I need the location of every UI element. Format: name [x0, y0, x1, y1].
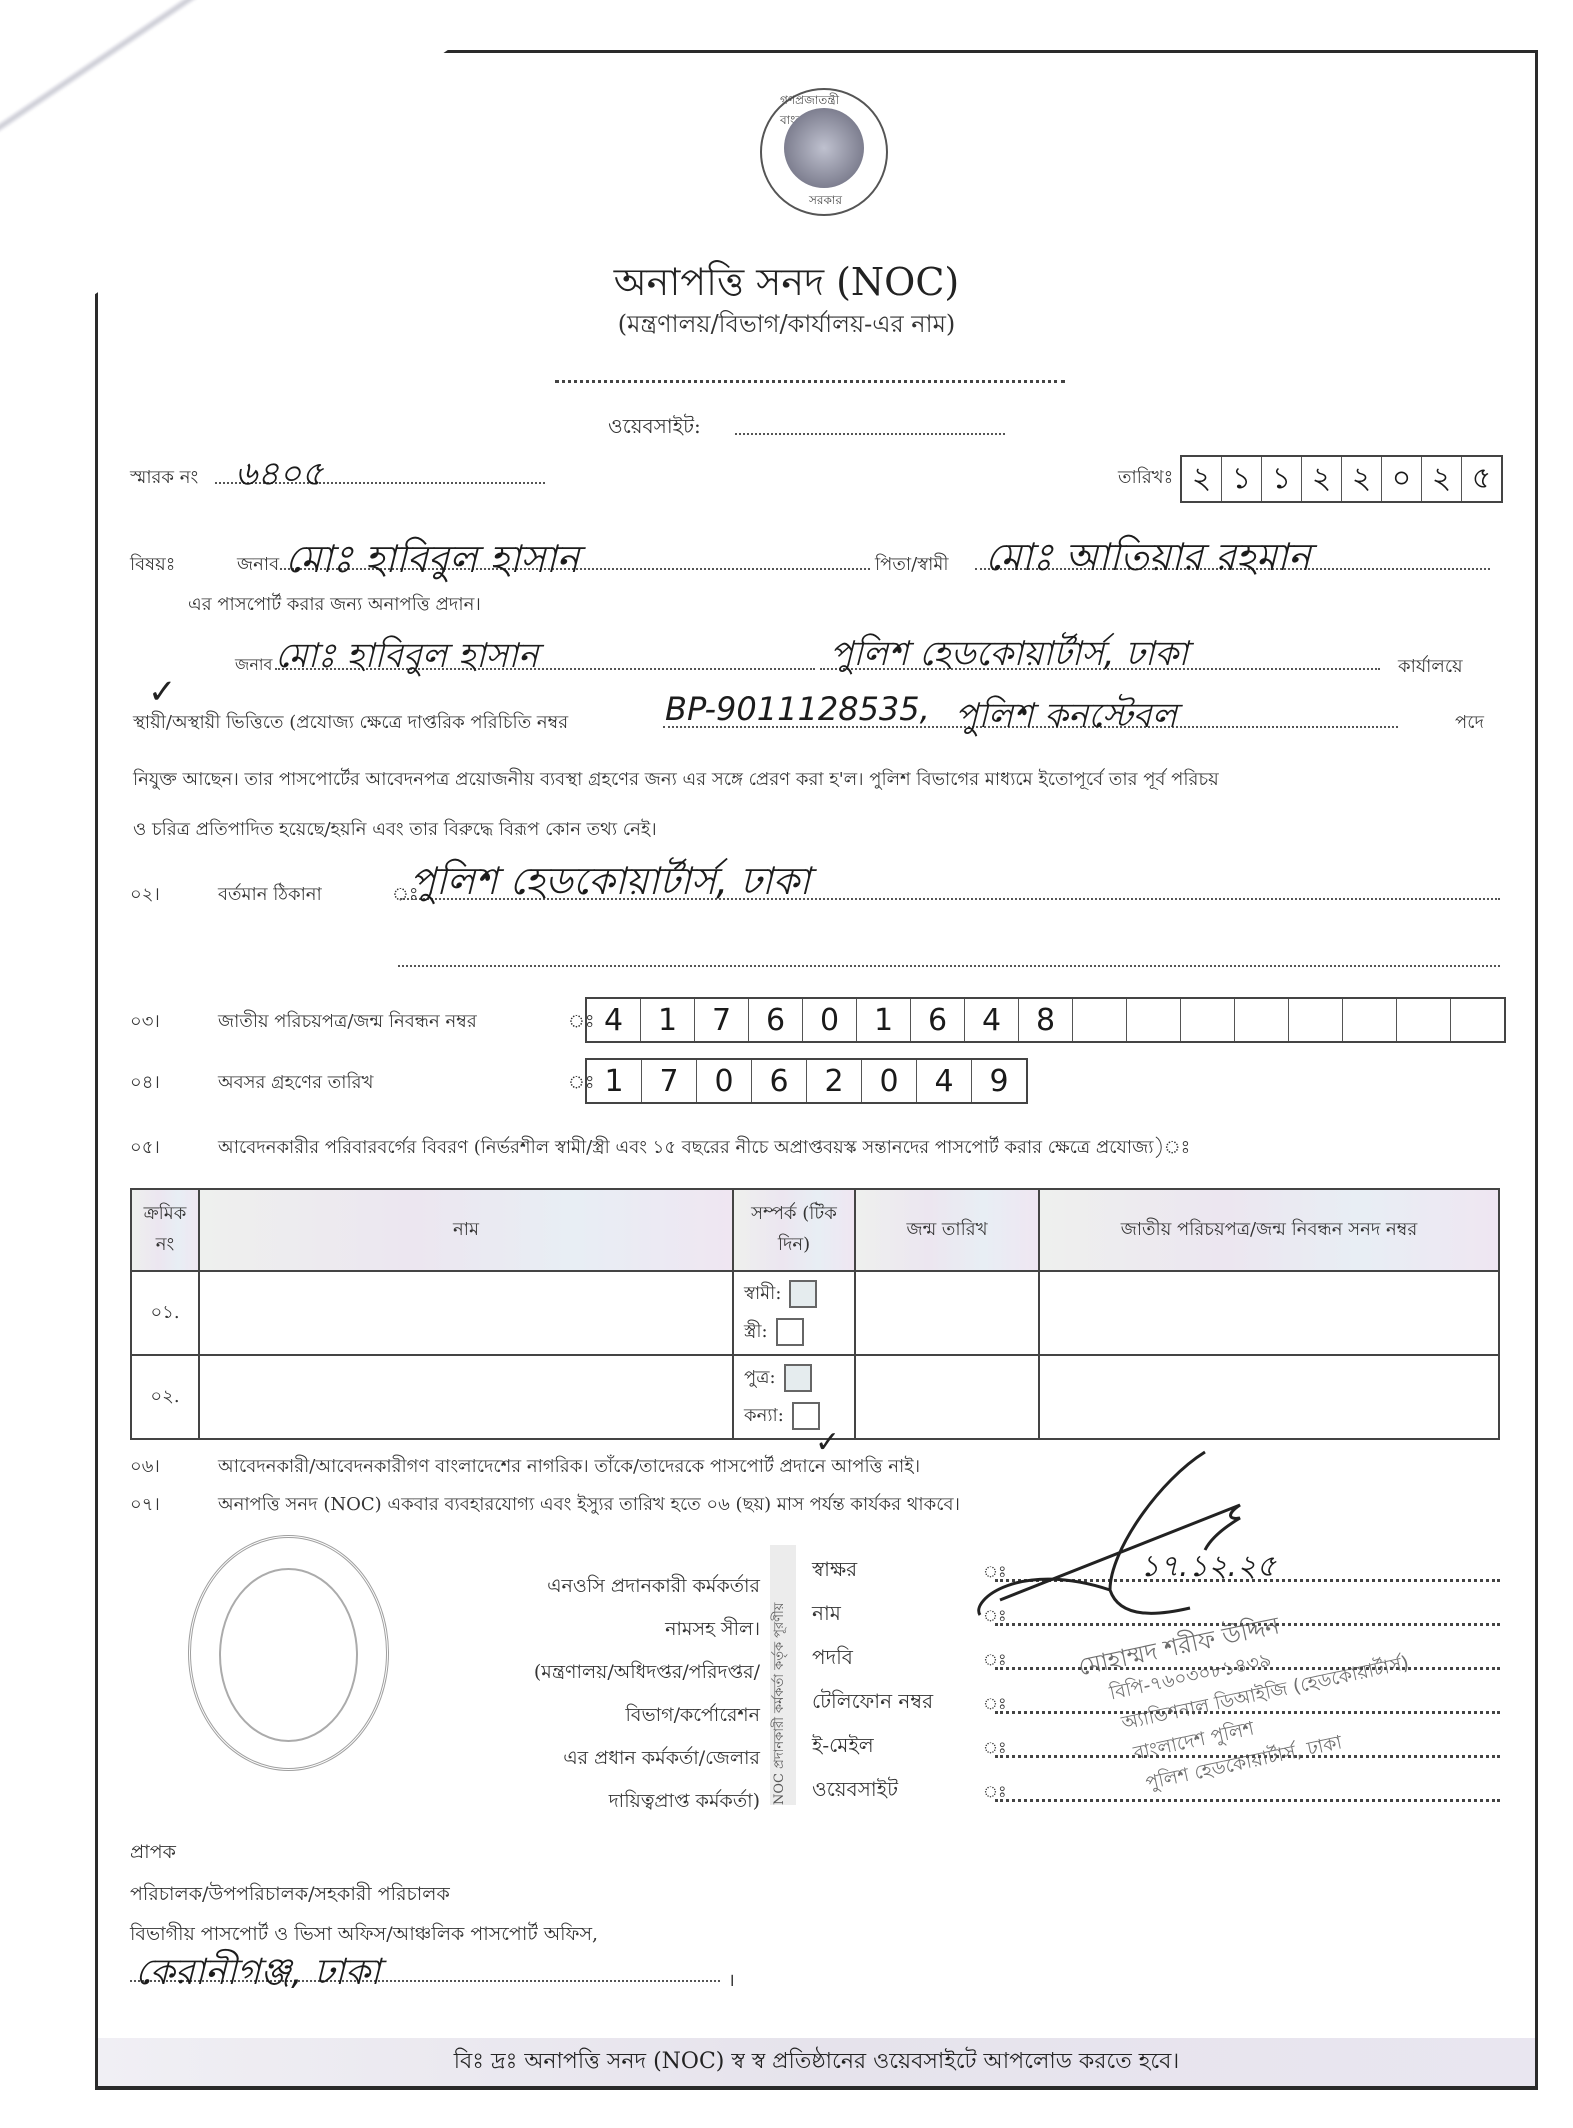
signer-field-label: ওয়েবসাইট	[812, 1775, 898, 1808]
relation-label: স্ত্রী:	[744, 1321, 768, 1342]
address-field-line2[interactable]	[398, 965, 1500, 967]
nid-digit-box[interactable]	[1127, 999, 1181, 1041]
date-digit-box[interactable]: ২	[1302, 457, 1342, 501]
nid-digit-box[interactable]: 8	[1019, 999, 1073, 1041]
footer-note: বিঃ দ্রঃ অনাপত্তি সনদ (NOC) স্ব স্ব প্রত…	[98, 2038, 1535, 2086]
signer-field-input[interactable]	[995, 1799, 1500, 1802]
family-table: ক্রমিক নং নাম সম্পর্ক (টিক দিন) জন্ম তার…	[130, 1188, 1500, 1440]
page-subtitle: (মন্ত্রণালয়/বিভাগ/কার্যালয়-এর নাম)	[0, 306, 1573, 346]
officer-description-line: এর প্রধান কর্মকর্তা/জেলার	[470, 1737, 760, 1780]
nid-digit-box[interactable]	[1397, 999, 1451, 1041]
row-serial: ০১.	[131, 1271, 199, 1355]
officer-description-line: বিভাগ/কর্পোরেশন	[470, 1694, 760, 1737]
header-name: নাম	[199, 1189, 733, 1271]
officer-description: এনওসি প্রদানকারী কর্মকর্তারনামসহ সীল।(মন…	[470, 1565, 760, 1823]
table-row: ০১. স্বামী: স্ত্রী:	[131, 1271, 1499, 1355]
retirement-digit-box[interactable]: 7	[642, 1060, 697, 1102]
nid-digit-box[interactable]	[1343, 999, 1397, 1041]
vertical-fill-label: NOC প্রদানকারী কর্মকর্তা কর্তৃক পূরণীয়	[770, 1545, 796, 1805]
row-relation-cell: স্বামী: স্ত্রী:	[733, 1271, 855, 1355]
nid-digit-box[interactable]: 1	[857, 999, 911, 1041]
memo-label: স্মারক নং	[130, 463, 198, 494]
officer-description-line: নামসহ সীল।	[470, 1608, 760, 1651]
date-digit-box[interactable]: ১	[1262, 457, 1302, 501]
item6-number: ০৬।	[130, 1452, 160, 1483]
item2-number: ০২।	[130, 880, 160, 911]
nid-digit-box[interactable]: 6	[911, 999, 965, 1041]
nid-digit-box[interactable]	[1289, 999, 1343, 1041]
purpose-line: এর পাসপোর্ট করার জন্য অনাপত্তি প্রদান।	[188, 590, 481, 621]
date-digit-box[interactable]: ২	[1182, 457, 1222, 501]
retirement-digit-box[interactable]: 4	[917, 1060, 972, 1102]
designation-suffix: পদে	[1455, 708, 1484, 739]
signature-date: ১৭.১২.২৫	[1140, 1542, 1276, 1593]
officer-description-line: এনওসি প্রদানকারী কর্মকর্তার	[470, 1565, 760, 1608]
designation-value: পুলিশ কনস্টেবল	[955, 690, 1177, 747]
retirement-digit-box[interactable]: 0	[862, 1060, 917, 1102]
nid-boxes[interactable]: 417601648	[585, 997, 1506, 1043]
nid-digit-box[interactable]: 4	[965, 999, 1019, 1041]
janab-label: জনাব	[237, 550, 279, 581]
round-office-seal	[188, 1535, 389, 1771]
husband-checkbox[interactable]	[789, 1280, 817, 1308]
item3-number: ০৩।	[130, 1007, 160, 1038]
item5-number: ০৫।	[130, 1133, 160, 1164]
row-nid-cell[interactable]	[1039, 1271, 1499, 1355]
relation-label: স্বামী:	[744, 1283, 781, 1304]
body-paragraph-1: নিযুক্ত আছেন। তার পাসপোর্টের আবেদনপত্র প…	[133, 765, 1219, 796]
retirement-digit-box[interactable]: 6	[752, 1060, 807, 1102]
recipient-heading: প্রাপক	[130, 1838, 176, 1870]
row-serial: ০২.	[131, 1355, 199, 1439]
officer-description-line: (মন্ত্রণালয়/অধিদপ্তর/পরিদপ্তর/	[470, 1651, 760, 1694]
son-checkbox[interactable]	[784, 1364, 812, 1392]
basis-label: স্থায়ী/অস্থায়ী ভিত্তিতে (প্রযোজ্য ক্ষে…	[133, 708, 568, 739]
footer-note-text: বিঃ দ্রঃ অনাপত্তি সনদ (NOC) স্ব স্ব প্রত…	[454, 2044, 1180, 2081]
date-digit-box[interactable]: ৫	[1462, 457, 1501, 501]
row-name-cell[interactable]	[199, 1271, 733, 1355]
date-digit-box[interactable]: ২	[1422, 457, 1462, 501]
checkmark-icon: ✓	[148, 672, 177, 712]
retirement-date-boxes[interactable]: 17062049	[585, 1058, 1028, 1104]
header-dob: জন্ম তারিখ	[855, 1189, 1039, 1271]
signer-field-label: টেলিফোন নম্বর	[812, 1687, 933, 1720]
relation-label: পুত্র:	[744, 1367, 776, 1388]
nid-digit-box[interactable]	[1181, 999, 1235, 1041]
applicant-name-value: মোঃ হাবিবুল হাসান	[285, 530, 579, 594]
header-serial: ক্রমিক নং	[131, 1189, 199, 1271]
row-dob-cell[interactable]	[855, 1271, 1039, 1355]
row-dob-cell[interactable]	[855, 1355, 1039, 1439]
government-emblem: গণপ্রজাতন্ত্রী বাংলাদেশ সরকার	[760, 88, 888, 216]
nid-digit-box[interactable]	[1451, 999, 1504, 1041]
office-suffix: কার্যালয়ে	[1398, 652, 1463, 683]
father-label: পিতা/স্বামী	[875, 550, 948, 581]
checkmark-icon: ✓	[815, 1425, 840, 1460]
item5-label: আবেদনকারীর পরিবারবর্গের বিবরণ (নির্ভরশীল…	[218, 1133, 1190, 1164]
signer-field-label: স্বাক্ষর	[812, 1555, 857, 1588]
retirement-digit-box[interactable]: 9	[972, 1060, 1026, 1102]
row-name-cell[interactable]	[199, 1355, 733, 1439]
official-id-value: BP-9011128535,	[665, 690, 930, 728]
signature-icon	[960, 1440, 1400, 1620]
header-relation: সম্পর্ক (টিক দিন)	[733, 1189, 855, 1271]
office-value: পুলিশ হেডকোয়ার্টার্স, ঢাকা	[830, 628, 1188, 685]
item4-number: ০৪।	[130, 1068, 160, 1099]
address-value: পুলিশ হেডকোয়ার্টার্স, ঢাকা	[410, 852, 810, 916]
date-boxes[interactable]: ২১১২২০২৫	[1180, 455, 1503, 503]
memo-value: ৬৪০৫	[235, 448, 323, 505]
signer-field-label: ই-মেইল	[812, 1731, 874, 1764]
wife-checkbox[interactable]	[776, 1318, 804, 1346]
recipient-end-mark: ।	[728, 1968, 735, 1992]
father-name-value: মোঃ আতিয়ার রহমান	[985, 528, 1311, 592]
body-name-value: মোঃ হাবিবুল হাসান	[275, 630, 538, 687]
website-label: ওয়েবসাইট:	[608, 412, 701, 445]
body-janab-label: জনাব	[235, 652, 272, 679]
header-nid: জাতীয় পরিচয়পত্র/জন্ম নিবন্ধন সনদ নম্বর	[1039, 1189, 1499, 1271]
row-nid-cell[interactable]	[1039, 1355, 1499, 1439]
emblem-bottom-text: সরকার	[809, 192, 842, 212]
recipient-office-value: কেরানীগঞ্জ, ঢাকা	[135, 1945, 381, 2005]
nid-digit-box[interactable]: 0	[803, 999, 857, 1041]
date-digit-box[interactable]: ২	[1342, 457, 1382, 501]
date-label: তারিখঃ	[1118, 463, 1173, 494]
nid-digit-box[interactable]: 7	[695, 999, 749, 1041]
nid-digit-box[interactable]: 6	[749, 999, 803, 1041]
family-table-header: ক্রমিক নং নাম সম্পর্ক (টিক দিন) জন্ম তার…	[131, 1189, 1499, 1271]
item4-label: অবসর গ্রহণের তারিখ	[218, 1068, 373, 1099]
signer-field-label: পদবি	[812, 1643, 853, 1676]
item7-number: ০৭।	[130, 1490, 160, 1521]
nid-digit-box[interactable]	[1073, 999, 1127, 1041]
relation-label: কন্যা:	[744, 1405, 784, 1426]
nid-digit-box[interactable]: 1	[641, 999, 695, 1041]
recipient-line1: পরিচালক/উপপরিচালক/সহকারী পরিচালক	[130, 1880, 450, 1912]
retirement-digit-box[interactable]: 2	[807, 1060, 862, 1102]
bangladesh-map-icon	[784, 108, 864, 188]
retirement-digit-box[interactable]: 1	[587, 1060, 642, 1102]
ministry-name-field[interactable]	[555, 380, 1065, 383]
item3-label: জাতীয় পরিচয়পত্র/জন্ম নিবন্ধন নম্বর	[218, 1007, 477, 1038]
body-paragraph-2: ও চরিত্র প্রতিপাদিত হয়েছে/হয়নি এবং তার…	[133, 815, 657, 846]
website-field[interactable]	[735, 433, 1005, 435]
item2-label: বর্তমান ঠিকানা	[218, 880, 322, 911]
nid-digit-box[interactable]	[1235, 999, 1289, 1041]
date-digit-box[interactable]: ১	[1222, 457, 1262, 501]
officer-description-line: দায়িত্বপ্রাপ্ত কর্মকর্তা)	[470, 1780, 760, 1823]
date-digit-box[interactable]: ০	[1382, 457, 1422, 501]
nid-digit-box[interactable]: 4	[587, 999, 641, 1041]
retirement-digit-box[interactable]: 0	[697, 1060, 752, 1102]
item7-label: অনাপত্তি সনদ (NOC) একবার ব্যবহারযোগ্য এব…	[218, 1490, 960, 1521]
subject-label: বিষয়ঃ	[130, 550, 175, 581]
signer-field-label: নাম	[812, 1599, 841, 1632]
